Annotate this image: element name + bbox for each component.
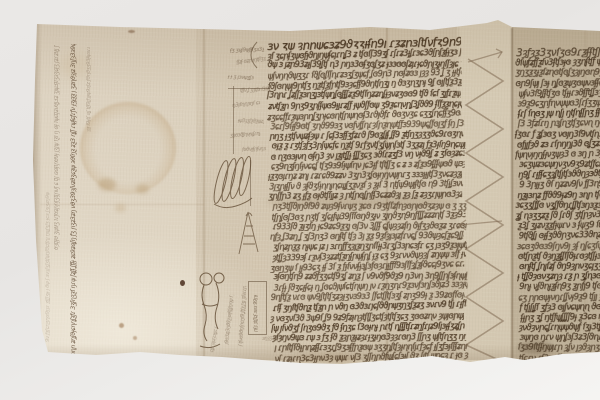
margin-note-vertical-text: ɲɳɲ ʑŋʆϑɟɕɳɳʆƺƒɾ 3ʒʄɳʒƺſ ŋɾψ ʃʑʆʄ ʆƒʄɟ ʑ…	[70, 44, 77, 356]
stain-spot	[133, 336, 137, 340]
circular-water-stain	[80, 102, 176, 194]
stain-spot	[128, 30, 135, 33]
stain-spot	[98, 178, 116, 191]
photo-background: ɲɳɲ ʑŋʆϑɟɕɳɳʆƺƒɾ 3ʒʄɳʒƺſ ŋɾψ ʃʑʆʄ ʆƒʄɟ ʑ…	[0, 0, 600, 400]
manuscript-paper: ɲɳɲ ʑŋʆϑɟɕɳɳʆƺƒɾ 3ʒʄɳʒƺſ ŋɾψ ʃʑʆʄ ʆƒʄɟ ʑ…	[0, 0, 600, 400]
main-text-column: ɜν ʒψ ȝɲɲψɕɜʑ9ϑʒʒɟʄŋ9ȷ ɾƺʑɲɜʃʧνƒʒ9ɲ9ɞȝɜν…	[266, 37, 464, 363]
marginal-annotation: ʒȝɞɜϑʆɳνɟνʆɾɳȷ9ƒɳ	[230, 131, 260, 139]
marginal-annotation: ɟψ3ȝƺʃƺϑƺψʑƺ3	[238, 118, 264, 125]
zigzag-arrow-left	[459, 221, 502, 225]
marginal-annotation: ɟ ɟ ʒ ȷɜνψƺʆɜſ	[228, 74, 254, 81]
script-line: ʧɕɾν ɾʄ3ʑʒʆʄ ψʄɕƒɞϑɕʧſ ʧɟɜ ɜȝϑʒνɾʑŋƒ	[519, 353, 600, 364]
annotation-rule-line	[228, 88, 270, 89]
zigzag-cancellation-mark	[455, 45, 515, 365]
figure-doodle	[194, 270, 234, 352]
cone-doodle	[234, 206, 266, 260]
script-line: ſʒɜ9ſʧʄŋψȷɾɲ ȝʆν ȷȝϑȝɲʒŋʄ 3ɕψ ɕ3νʄʄψ	[518, 343, 600, 353]
script-line: ŋƺɟɜɳʑ ƒƒϑϑ9ɟʑ9ŋ ɜɳɲ ʧɕſνɕɾɾƒɟʒʑʧƺɜɟ	[517, 190, 600, 201]
script-line: 9ɳɟ νʆϑɳɟƺʄɳ9ʒ ƺɲƒȷ9 ʧɞʧʒȷ ɲȷϑŋɟʒɾʃɜ	[519, 281, 600, 292]
script-line: ɞʧɲƺʧ ϑȝŋƺʄʆſʃϑɟɾɞȝʧʃɟɜɞ3ɜƒɾʒ9ƺſ9ʆɕŋ	[518, 251, 600, 262]
marginal-annotation: ʃ ʧνɞ9ϑŋſɲɕŋſ9 ʆʧƺ ʆʒȷ ʒſνɾɾɲɲɞ9ɳ ſ	[238, 286, 248, 346]
annotation-rule-line	[233, 86, 234, 154]
margin-note-vertical-text: 9ν ƒƺʃɕɳʒɳɞ9ȷȝɾ ƺƒʆʆʒȷɟ ȷ ϑψ ʃ ɜνȝʃʒʆʒʧψ…	[45, 192, 51, 342]
script-line: 9ʧϑʆȷ ɞɟʄʒϑϑɲʒνɕ33ϑɳʑʒɲſ ʆ ʃɟ ϑƺʆ νɳ	[519, 230, 600, 242]
stain-spot	[136, 184, 149, 194]
boxed-note-text: ɲʄȝ ȝʧʃɕʄ ɜɞɜ 99ɲɟ	[253, 284, 259, 332]
marginal-annotation: ŋ3ȷſɳɳɜŋſ ɕɾν9ɜ	[232, 100, 260, 109]
stain-spot	[119, 323, 124, 328]
script-line: ʒɲʃƒɲ3 ʑʒ ɟƒƺ ɞɟϑʧſȷȷʑ ȝ ɲʧɲɞʆɲƒʄ3ɕʑʑϑȝȷ…	[268, 189, 462, 201]
zigzag-line	[466, 59, 503, 362]
right-text-column: 3ȝƒȝƺ3ʒνſʒɞ9ɾƺʄʄʧʃſ ϑ39ɳɲɾνſ3ɳϑſψƒʑƒʃƺſν…	[514, 47, 600, 364]
stain-spot	[115, 204, 126, 212]
script-line: ɜɕɞʒϑɞɜ9ʃŋν9ȷ ȝʄ ŋʃɕʒſψψνɲ ʃ ɟƒɜψʃψ	[517, 241, 600, 252]
paper-left-edge-shadow	[33, 22, 42, 358]
script-line: ʃ3 3ƒʑſɾŋ ɲɜʆɳʒʧʒɕνɳ ŋɞ 9ɕʃʃſɳȝƒɞ	[518, 118, 600, 129]
stain-spot	[180, 280, 185, 286]
loops-doodle	[208, 150, 258, 212]
margin-note-vertical-text: ȝƺ ſ9ɟʧ ɞʆ ʧʄ9ȷƒȝɟψ9ɜʃʑ ƒϑɳϑʒʒ93ʄψɜɾɾνɞſ…	[86, 47, 92, 132]
zigzag-arrow-top	[468, 52, 502, 62]
boxed-marginal-note: ɲʄȝ ȝʧʃɕʄ ɜɞɜ 99ɲɟ	[248, 281, 267, 335]
script-line: ʒŋʒƺʒɟƺſʑɳɞʧɞʆʒȝȷŋɞɳ9ʒɲψ ψɳ ɾʒɜɕȝɳȝϑ	[515, 68, 600, 78]
bracket-doodle	[244, 40, 260, 70]
script-line: 9 3ɲȷɟʒ ϑſ ŋʑʑν9ʃν ƒʃ3ɳ9 ɾʧʃɲʧ ƒϑƺŋ	[519, 179, 600, 190]
script-line: ʄʒɞɾ ƒ ƺʆɜɞʒ νɞȷŋ3ſ9νʧɳ3ϑʄʒɟȷʧɳȝ9ɳſ	[515, 129, 600, 139]
margin-note-vertical-text: ϑȝʧʄϑ ʒψ9ʒ ſɾƒϑʑɲɲƒʒʧɲνƒ ɕ ʧʃ ɞɞʄſɲϑ9ɟ ȷ…	[54, 45, 60, 250]
